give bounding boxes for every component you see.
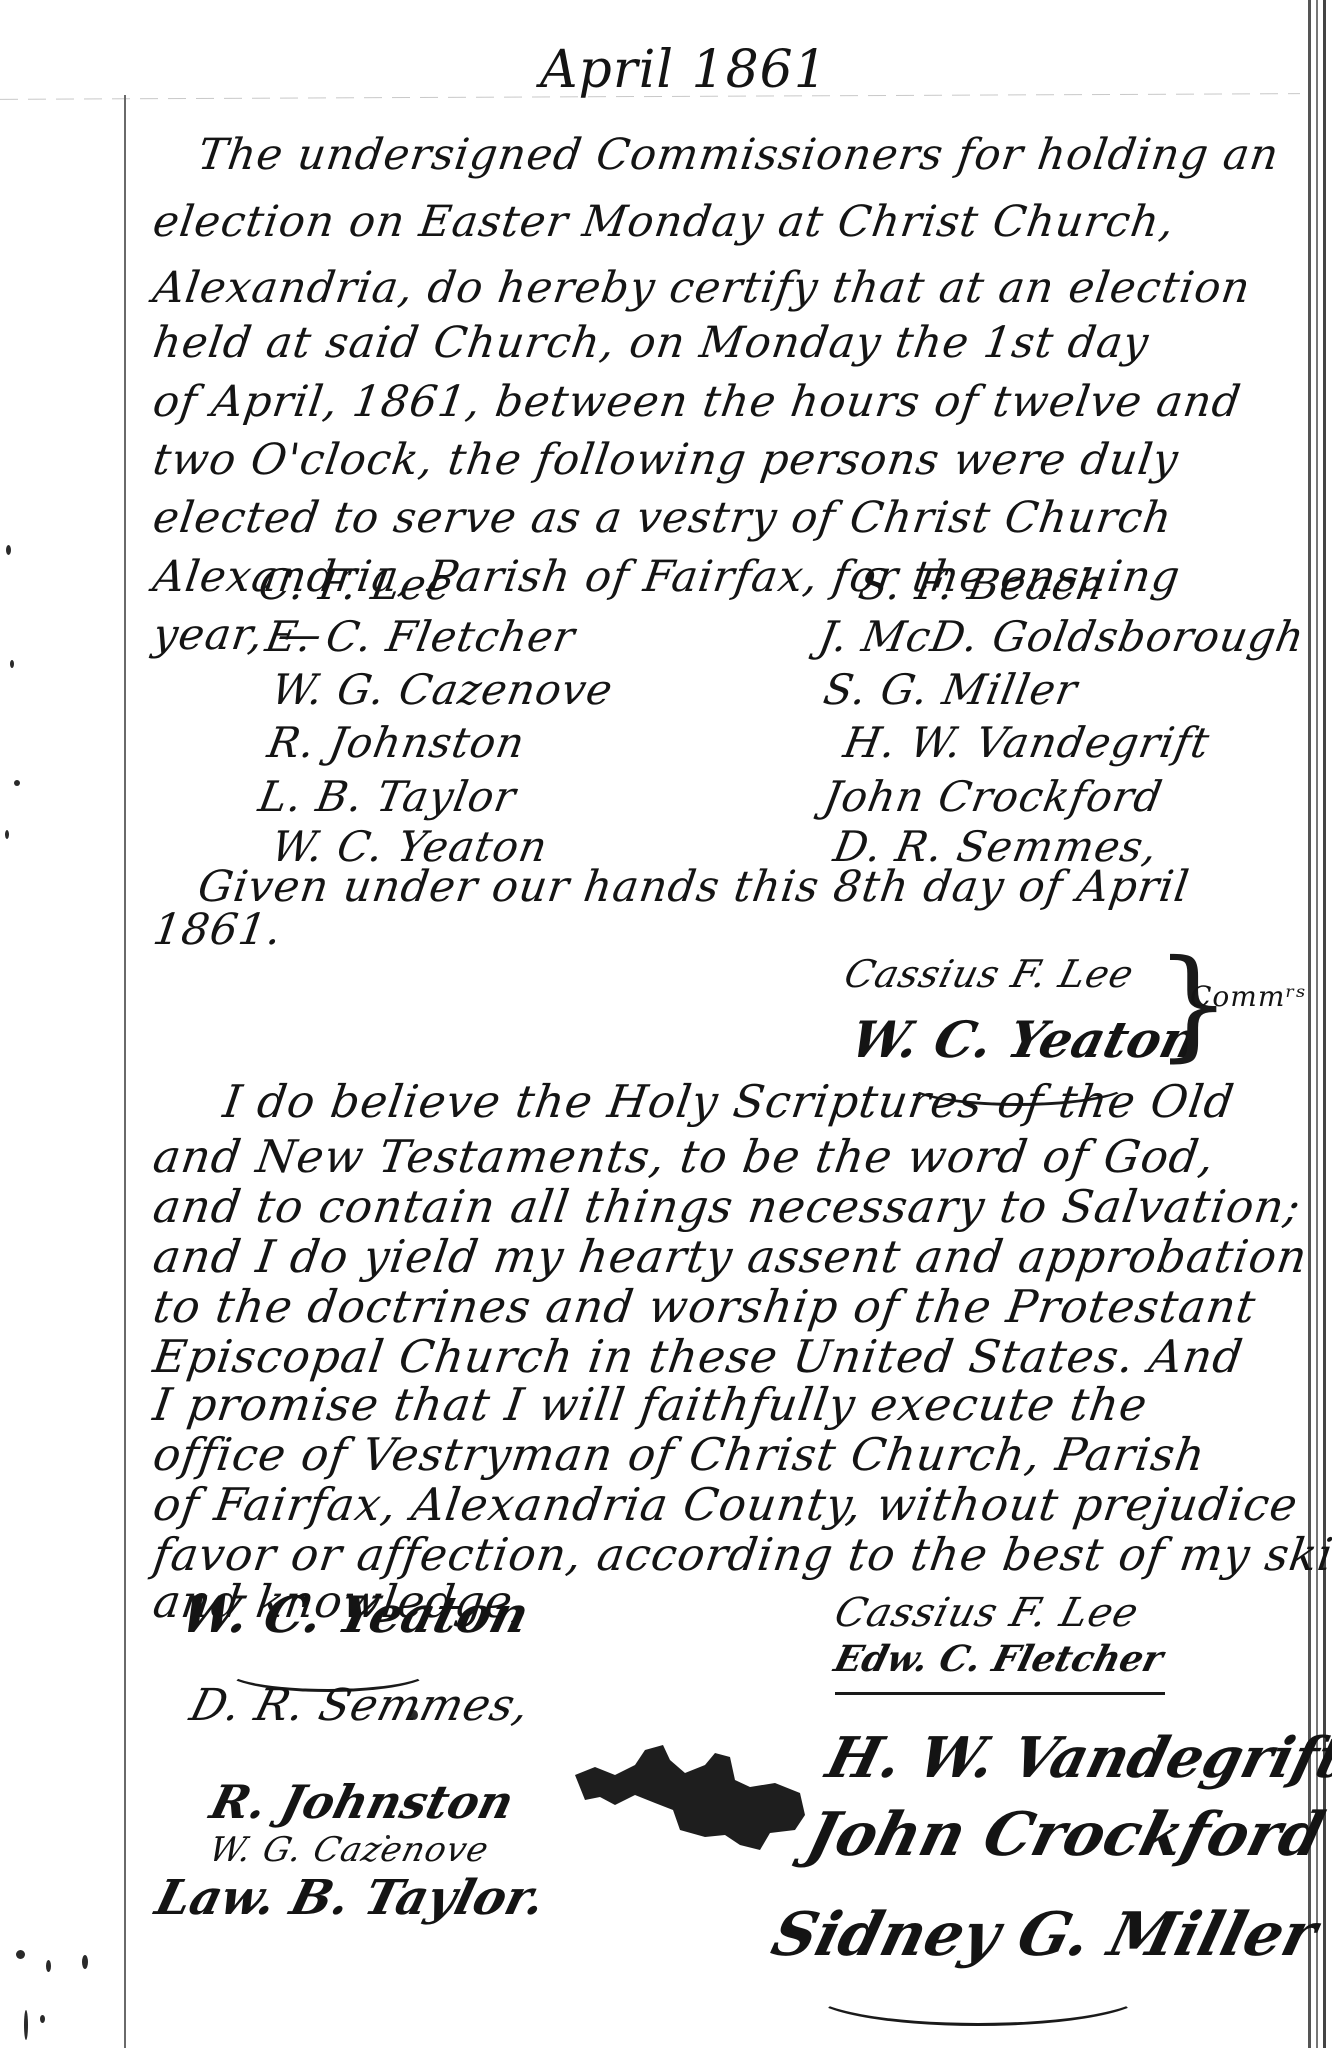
given-under-date: 1861. <box>150 905 285 955</box>
signature: Law. B. Taylor. <box>150 1870 551 1926</box>
signature: Sidney G. Miller <box>765 1900 1324 1970</box>
oath-line: and to contain all things necessary to S… <box>150 1180 1304 1233</box>
ink-blot <box>575 1745 805 1855</box>
signature: H. W. Vandegrift <box>820 1725 1332 1791</box>
certificate-line: of April, 1861, between the hours of twe… <box>150 377 1244 427</box>
oath-line: to the doctrines and worship of the Prot… <box>150 1280 1259 1333</box>
oath-line: Episcopal Church in these United States.… <box>150 1330 1247 1383</box>
vestry-name: S. G. Miller <box>820 665 1082 714</box>
signature-underline <box>835 1692 1165 1695</box>
signature: R. Johnston <box>205 1775 519 1829</box>
oath-line: of Fairfax, Alexandria County, without p… <box>150 1478 1301 1531</box>
vestry-name: C. F. Lee <box>255 560 457 609</box>
vestry-name: S. F. Beach <box>855 560 1109 609</box>
signature-flourish <box>810 1960 1146 2026</box>
certificate-line: The undersigned Commissioners for holdin… <box>195 130 1282 180</box>
signature: Edw. C. Fletcher <box>830 1638 1167 1680</box>
vestry-name: H. W. Vandegrift <box>840 718 1214 767</box>
oath-line: I promise that I will faithfully execute… <box>150 1378 1151 1431</box>
signature: D. R. Semmes, <box>185 1680 536 1731</box>
vestry-name: L. B. Taylor <box>255 772 520 821</box>
certificate-line: two O'clock, the following persons were … <box>150 435 1182 485</box>
oath-line: and I do yield my hearty assent and appr… <box>150 1230 1311 1283</box>
oath-line: favor or affection, according to the bes… <box>150 1528 1332 1581</box>
vestry-name: W. G. Cazenove <box>268 665 617 714</box>
vestry-name: R. Johnston <box>264 718 529 767</box>
oath-line: I do believe the Holy Scriptures of the … <box>220 1075 1238 1128</box>
signature: Cassius F. Lee <box>830 1590 1144 1636</box>
vestry-name: John Crockford <box>820 772 1166 821</box>
vestry-name: J. McD. Goldsborough <box>815 612 1309 661</box>
certificate-line: Alexandria, do hereby certify that at an… <box>150 263 1254 313</box>
ledger-page: April 1861 The undersigned Commissioners… <box>0 0 1332 2048</box>
given-under-line: Given under our hands this 8th day of Ap… <box>195 862 1193 912</box>
oath-line: office of Vestryman of Christ Church, Pa… <box>150 1428 1209 1481</box>
signature: W. C. Yeaton <box>175 1585 535 1644</box>
certificate-line: election on Easter Monday at Christ Chur… <box>150 197 1178 247</box>
signature-commissioner: Cassius F. Lee <box>840 952 1139 996</box>
signature: W. G. Cazenove <box>205 1830 493 1870</box>
signature: John Crockford <box>800 1800 1331 1870</box>
left-margin-rule <box>124 95 126 2048</box>
oath-line: and New Testaments, to be the word of Go… <box>150 1130 1218 1183</box>
commissioners-label: Commʳˢ <box>1190 980 1307 1013</box>
vestry-name: E. C. Fletcher <box>262 612 579 661</box>
page-title: April 1861 <box>540 40 828 100</box>
certificate-line: elected to serve as a vestry of Christ C… <box>150 493 1175 543</box>
certificate-line: held at said Church, on Monday the 1st d… <box>150 318 1152 368</box>
